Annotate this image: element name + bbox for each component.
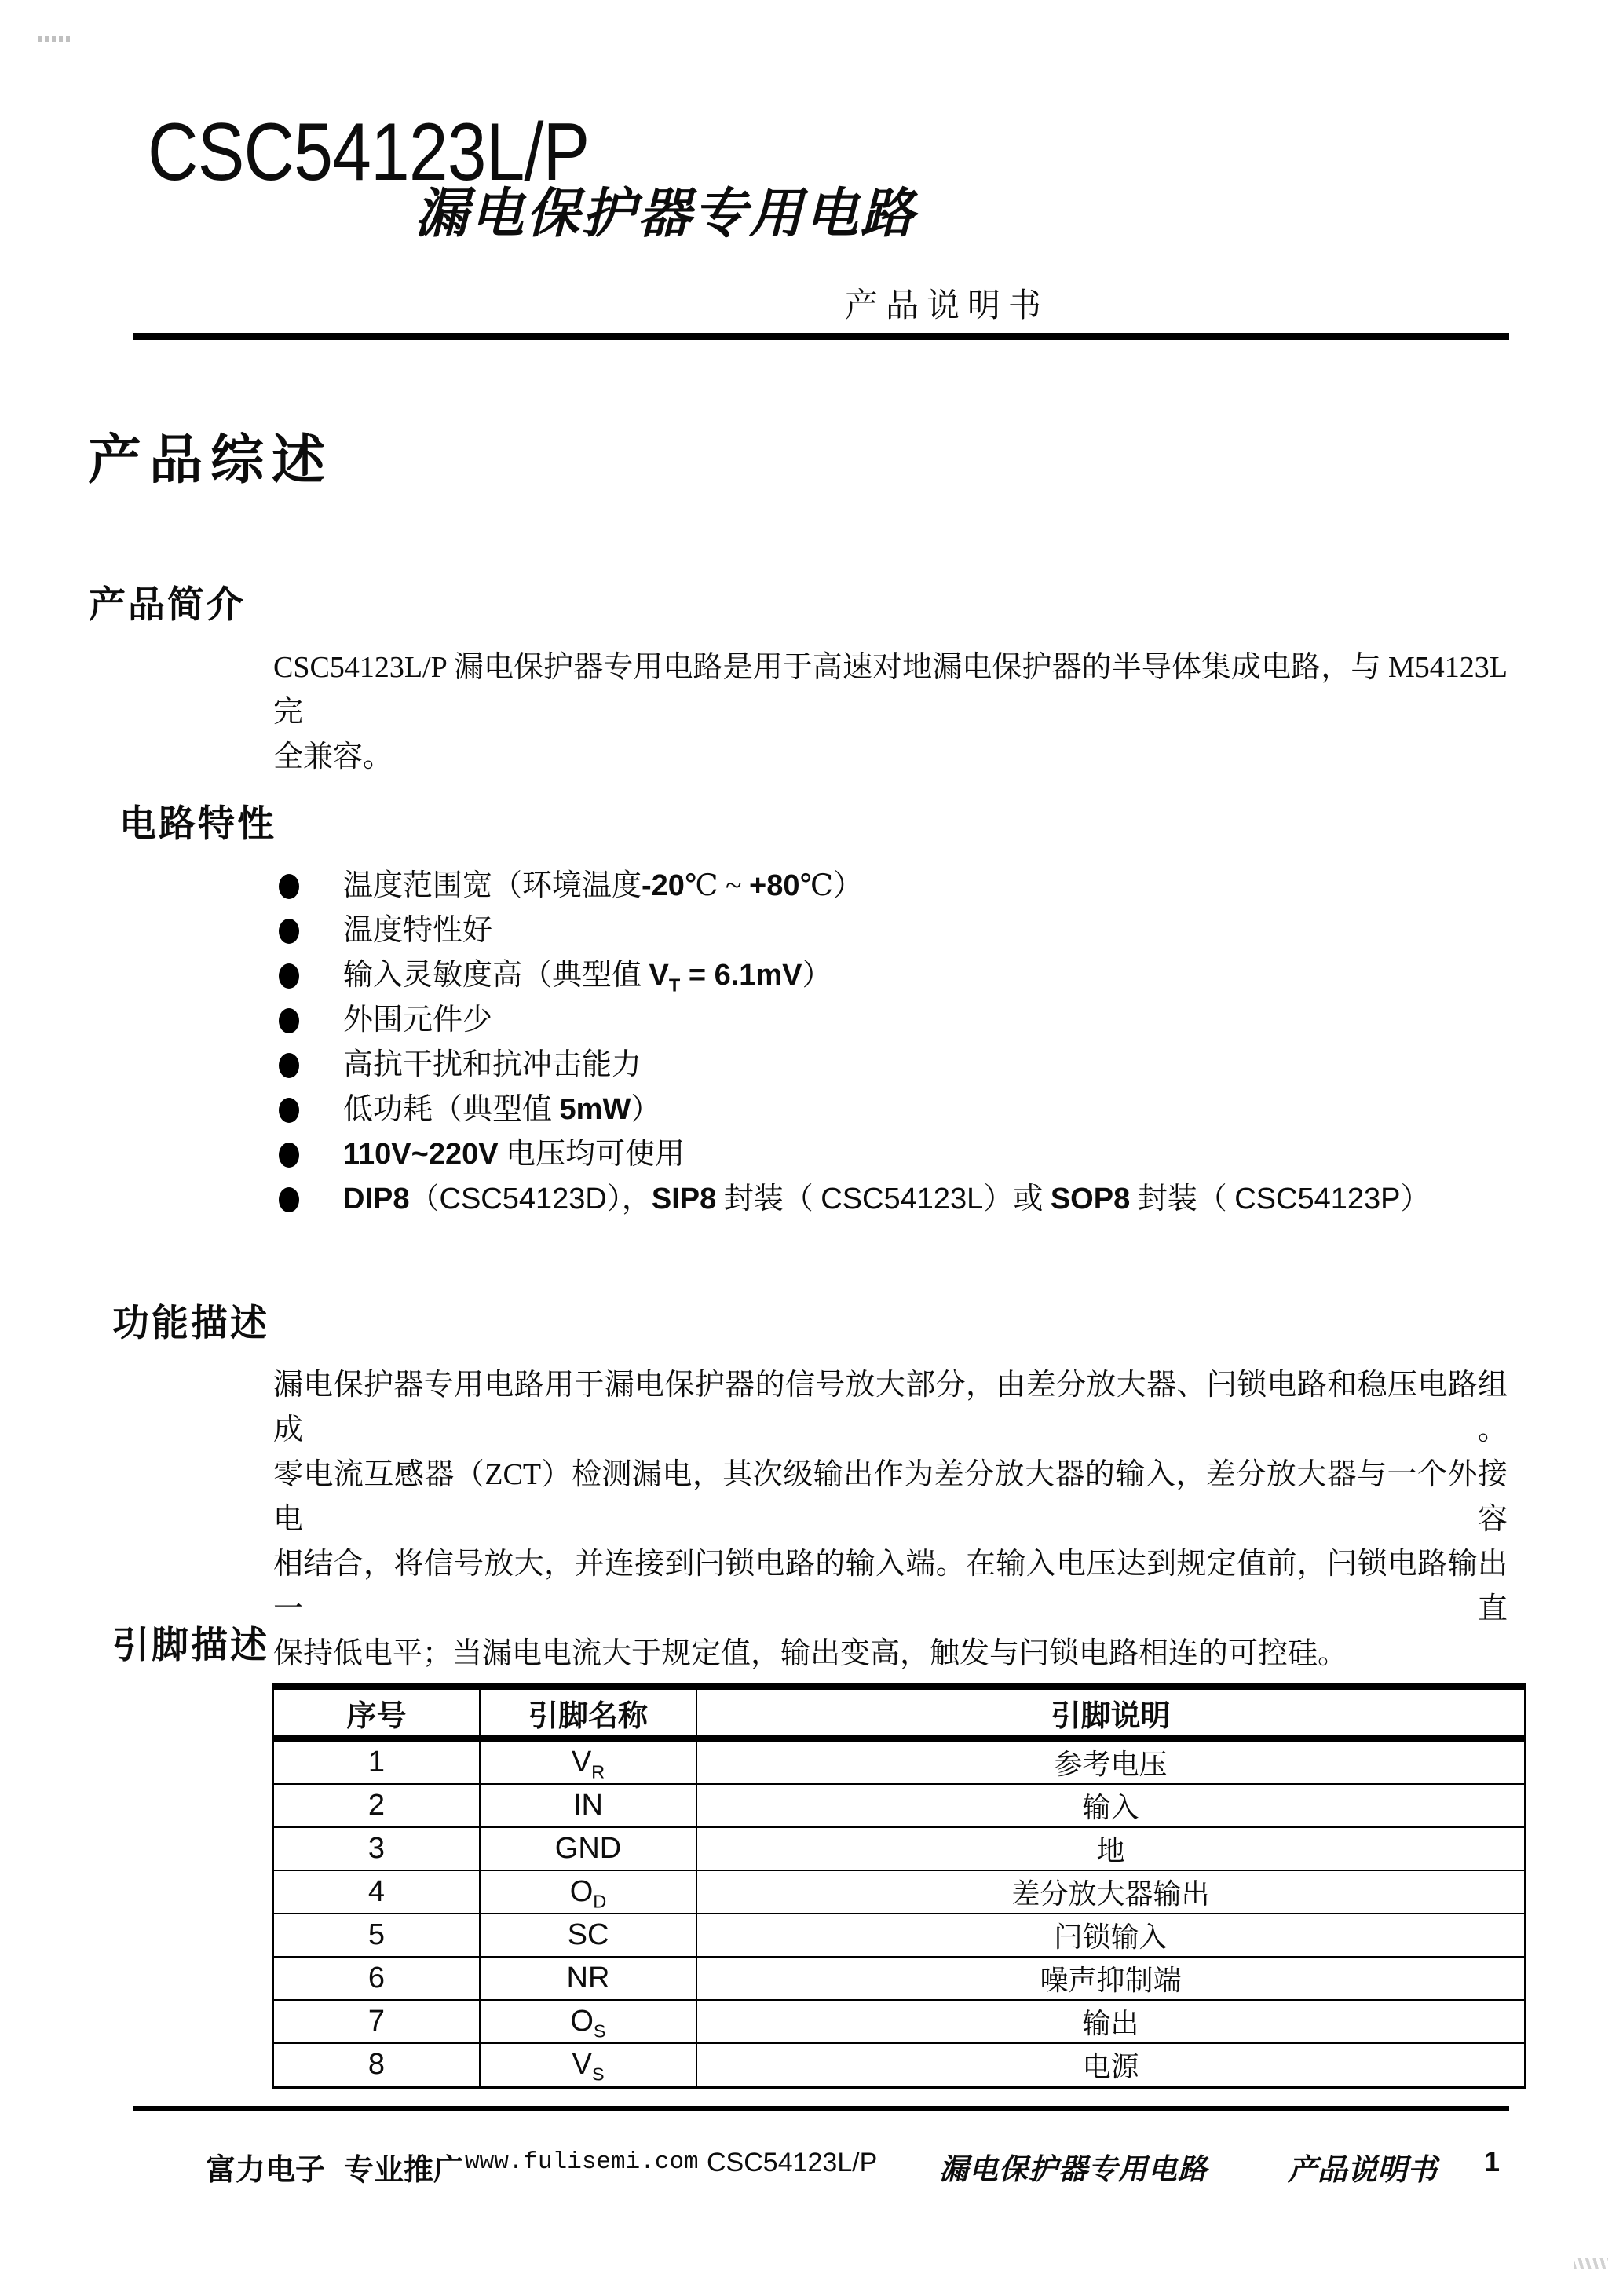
pin-row: 3GND地 <box>273 1827 1525 1870</box>
feature-text: DIP8（CSC54123D），SIP8 封装（ CSC54123L）或 SOP… <box>343 1183 1431 1216</box>
text-run: CSC54123P <box>1234 1183 1400 1216</box>
pin-row: 2IN输入 <box>273 1784 1525 1827</box>
pin-number-cell: 1 <box>273 1738 480 1784</box>
paragraph-line: 保持低电平；当漏电电流大于规定值，输出变高，触发与闩锁电路相连的可控硅。 <box>273 1632 1508 1676</box>
text-run: 5mW <box>560 1093 631 1126</box>
bullet-icon <box>279 1143 299 1168</box>
pin-row: 5SC闩锁输入 <box>273 1914 1525 1957</box>
bullet-icon <box>279 963 299 989</box>
table-header-row: 序号 引脚名称 引脚说明 <box>273 1687 1525 1739</box>
paragraph-line: 零电流互感器（ZCT）检测漏电，其次级输出作为差分放大器的输入，差分放大器与一个… <box>273 1453 1508 1542</box>
pin-desc-cell: 噪声抑制端 <box>696 1957 1525 2000</box>
text-run: T <box>669 975 680 996</box>
features-list: 温度范围宽（环境温度-20℃ ~ +80℃）温度特性好输入灵敏度高（典型值 VT… <box>279 864 1504 1222</box>
pin-number-cell: 2 <box>273 1784 480 1827</box>
scan-artifact-top-left <box>38 36 71 42</box>
pin-number-cell: 7 <box>273 2000 480 2043</box>
pin-table-body: 1VR参考电压2IN输入3GND地4OD差分放大器输出5SC闩锁输入6NR噪声抑… <box>273 1738 1525 2087</box>
bullet-icon <box>279 1008 299 1033</box>
pin-row: 7OS输出 <box>273 2000 1525 2043</box>
pin-number-cell: 4 <box>273 1870 480 1914</box>
feature-text: 110V~220V 电压均可使用 <box>343 1138 685 1171</box>
page-footer: 富力电子 专业推广 www.fulisemi.com CSC54123L/P 漏… <box>0 2145 1623 2192</box>
text-run: -20 <box>642 869 685 902</box>
feature-item: 高抗干扰和抗冲击能力 <box>279 1043 1504 1088</box>
intro-heading: 产品简介 <box>89 576 246 628</box>
bullet-icon <box>279 1187 299 1212</box>
feature-text: 温度特性好 <box>343 914 492 947</box>
footer-page-number: 1 <box>1484 2145 1500 2178</box>
pin-row: 8VS电源 <box>273 2043 1525 2087</box>
function-paragraph: 漏电保护器专用电路用于漏电保护器的信号放大部分，由差分放大器、闩锁电路和稳压电路… <box>273 1363 1508 1676</box>
paragraph-line: 全兼容。 <box>273 735 1508 780</box>
footer-part-number: CSC54123L/P <box>707 2148 877 2178</box>
pin-number-cell: 5 <box>273 1914 480 1957</box>
feature-item: 温度特性好 <box>279 909 1504 953</box>
feature-text: 外围元件少 <box>343 1004 492 1036</box>
feature-text: 高抗干扰和抗冲击能力 <box>343 1048 642 1081</box>
text-run: 温度特性好 <box>343 914 492 947</box>
pin-desc-cell: 输出 <box>696 2000 1525 2043</box>
bullet-icon <box>279 1053 299 1078</box>
pin-desc-cell: 地 <box>696 1827 1525 1870</box>
pin-name-cell: IN <box>480 1784 696 1827</box>
feature-item: 温度范围宽（环境温度-20℃ ~ +80℃） <box>279 864 1504 909</box>
pin-name-cell: OS <box>480 2000 696 2043</box>
feature-text: 输入灵敏度高（典型值 VT = 6.1mV） <box>343 959 832 992</box>
bullet-icon <box>279 1098 299 1123</box>
pin-name-cell: GND <box>480 1827 696 1870</box>
text-run: 高抗干扰和抗冲击能力 <box>343 1048 642 1081</box>
text-run: 低功耗（典型值 <box>343 1093 560 1126</box>
feature-item: DIP8（CSC54123D），SIP8 封装（ CSC54123L）或 SOP… <box>279 1177 1504 1222</box>
text-run: 电压均可使用 <box>499 1138 685 1171</box>
pin-row: 6NR噪声抑制端 <box>273 1957 1525 2000</box>
text-run: 外围元件少 <box>343 1004 492 1036</box>
intro-paragraph: CSC54123L/P 漏电保护器专用电路是用于高速对地漏电保护器的半导体集成电… <box>273 645 1508 780</box>
text-run: ℃） <box>799 869 863 902</box>
text-run: CSC54123L <box>821 1183 983 1216</box>
text-run: SIP8 <box>652 1183 716 1216</box>
text-run: ）或 <box>983 1183 1051 1216</box>
pin-description-table: 序号 引脚名称 引脚说明 1VR参考电压2IN输入3GND地4OD差分放大器输出… <box>272 1683 1526 2089</box>
header-divider <box>133 333 1509 340</box>
pin-desc-cell: 输入 <box>696 1784 1525 1827</box>
text-run: 输入灵敏度高（典型值 <box>343 959 649 992</box>
text-run: 封装（ <box>716 1183 821 1216</box>
text-run: V <box>649 959 669 992</box>
product-subtitle: 漏电保护器专用电路 <box>415 182 916 247</box>
column-header-number: 序号 <box>273 1687 480 1739</box>
overview-heading: 产品综述 <box>88 418 333 494</box>
text-run: ）， <box>607 1183 652 1216</box>
text-run: SOP8 <box>1051 1183 1130 1216</box>
pin-desc-cell: 参考电压 <box>696 1738 1525 1784</box>
pin-name-cell: VS <box>480 2043 696 2087</box>
function-heading: 功能描述 <box>112 1294 269 1347</box>
feature-text: 温度范围宽（环境温度-20℃ ~ +80℃） <box>343 869 863 902</box>
feature-item: 110V~220V 电压均可使用 <box>279 1132 1504 1177</box>
pin-name-cell: SC <box>480 1914 696 1957</box>
feature-item: 外围元件少 <box>279 998 1504 1043</box>
text-run: DIP8 <box>343 1183 409 1216</box>
pin-number-cell: 3 <box>273 1827 480 1870</box>
pin-desc-cell: 电源 <box>696 2043 1525 2087</box>
footer-doc-type: 产品说明书 <box>1288 2145 1437 2188</box>
features-heading: 电路特性 <box>119 795 276 847</box>
footer-promo: 专业推广 <box>344 2145 463 2188</box>
feature-item: 输入灵敏度高（典型值 VT = 6.1mV） <box>279 953 1504 998</box>
text-run: +80 <box>749 869 799 902</box>
datasheet-page: CSC54123L/P 漏电保护器专用电路 产品说明书 产品综述 产品简介 CS… <box>0 0 1623 2296</box>
bullet-icon <box>279 874 299 899</box>
pin-name-cell: VR <box>480 1738 696 1784</box>
paragraph-line: CSC54123L/P 漏电保护器专用电路是用于高速对地漏电保护器的半导体集成电… <box>273 645 1508 735</box>
text-run: 封装（ <box>1130 1183 1234 1216</box>
text-run: ） <box>802 959 832 992</box>
footer-subtitle: 漏电保护器专用电路 <box>939 2145 1208 2188</box>
text-run: 温度范围宽（环境温度 <box>343 869 642 902</box>
pin-name-cell: NR <box>480 1957 696 2000</box>
text-run: ℃ ~ <box>685 869 749 902</box>
pin-row: 4OD差分放大器输出 <box>273 1870 1525 1914</box>
footer-divider <box>133 2106 1509 2111</box>
doc-type-label: 产品说明书 <box>845 280 1049 327</box>
column-header-pin-desc: 引脚说明 <box>696 1687 1525 1739</box>
part-number-title: CSC54123L/P <box>148 112 589 193</box>
text-run: ） <box>1400 1183 1430 1216</box>
text-run: 110V~220V <box>343 1138 499 1171</box>
pin-number-cell: 6 <box>273 1957 480 2000</box>
pin-desc-cell: 差分放大器输出 <box>696 1870 1525 1914</box>
paragraph-line: 相结合，将信号放大，并连接到闩锁电路的输入端。在输入电压达到规定值前，闩锁电路输… <box>273 1542 1508 1632</box>
text-run: （ <box>409 1183 439 1216</box>
scan-artifact-bottom-right <box>1574 2258 1608 2269</box>
pin-row: 1VR参考电压 <box>273 1738 1525 1784</box>
text-run: ） <box>631 1093 660 1126</box>
pin-number-cell: 8 <box>273 2043 480 2087</box>
pin-name-cell: OD <box>480 1870 696 1914</box>
footer-company: 富力电子 <box>206 2145 325 2188</box>
text-run: CSC54123D <box>440 1183 607 1216</box>
feature-text: 低功耗（典型值 5mW） <box>343 1093 660 1126</box>
bullet-icon <box>279 919 299 944</box>
text-run: = 6.1mV <box>680 959 802 992</box>
pin-heading: 引脚描述 <box>112 1616 269 1669</box>
pin-desc-cell: 闩锁输入 <box>696 1914 1525 1957</box>
column-header-pin-name: 引脚名称 <box>480 1687 696 1739</box>
footer-website: www.fulisemi.com <box>465 2148 699 2176</box>
feature-item: 低功耗（典型值 5mW） <box>279 1088 1504 1132</box>
paragraph-line: 漏电保护器专用电路用于漏电保护器的信号放大部分，由差分放大器、闩锁电路和稳压电路… <box>273 1363 1508 1453</box>
